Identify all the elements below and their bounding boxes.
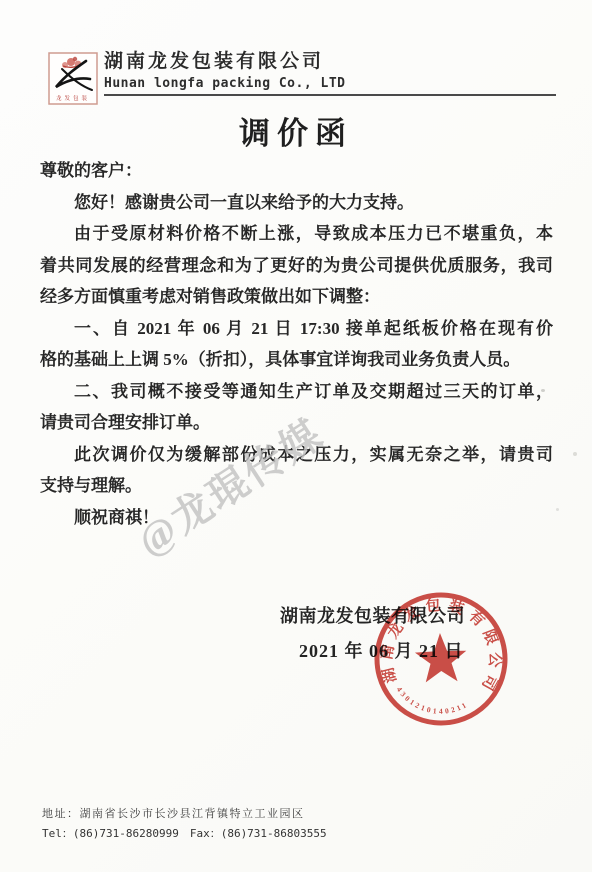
scan-speckle [573, 452, 577, 456]
letterhead: 湖南龙发包装有限公司 Hunan longfa packing Co., LTD [104, 50, 556, 96]
footer-tel-fax: Tel：(86)731-86280999 Fax：(86)731-8680355… [42, 825, 327, 842]
body-line: 格的基础上上调 5%（折扣），具体事宜详询我司业务负责人员。 [40, 344, 553, 376]
body-line: 二、我司概不接受等通知生产订单及交期超过三天的订单， [40, 376, 553, 408]
scanned-letter-page: 龙发包装 湖南龙发包装有限公司 Hunan longfa packing Co.… [0, 0, 592, 872]
body-line: 着共同发展的经营理念和为了更好的为贵公司提供优质服务，我司 [40, 250, 553, 282]
seal-star-icon [414, 632, 467, 683]
body-line: 此次调价仅为缓解部份成本之压力，实属无奈之举，请贵司 [40, 439, 553, 471]
scan-speckle [556, 508, 559, 511]
body-line: 由于受原材料价格不断上涨，导致成本压力已不堪重负，本 [40, 218, 553, 250]
body-line: 顺祝商祺！ [40, 502, 553, 534]
letter-body: 尊敬的客户： 您好！感谢贵公司一直以来给予的大力支持。 由于受原材料价格不断上涨… [40, 155, 553, 533]
body-line: 支持与理解。 [40, 470, 553, 502]
scan-speckle [541, 389, 545, 392]
footer-address: 地址：湖南省长沙市长沙县江背镇特立工业园区 [42, 806, 327, 823]
company-logo: 龙发包装 [48, 52, 98, 105]
body-line: 一、自 2021 年 06 月 21 日 17:30 接单起纸板价格在现有价 [40, 313, 553, 345]
footer: 地址：湖南省长沙市长沙县江背镇特立工业园区 Tel：(86)731-862809… [42, 806, 327, 842]
company-name-cn: 湖南龙发包装有限公司 [104, 50, 556, 74]
company-name-en: Hunan longfa packing Co., LTD [104, 76, 556, 91]
logo-caption: 龙发包装 [56, 94, 90, 102]
company-seal-icon: 湖南龙发包装有限公司 4301210140211 [371, 589, 511, 729]
body-line: 请贵司合理安排订单。 [40, 407, 553, 439]
body-line: 经多方面慎重考虑对销售政策做出如下调整： [40, 281, 553, 313]
body-line: 您好！感谢贵公司一直以来给予的大力支持。 [40, 187, 553, 219]
document-title: 调价函 [0, 108, 592, 153]
body-line: 尊敬的客户： [40, 155, 553, 187]
